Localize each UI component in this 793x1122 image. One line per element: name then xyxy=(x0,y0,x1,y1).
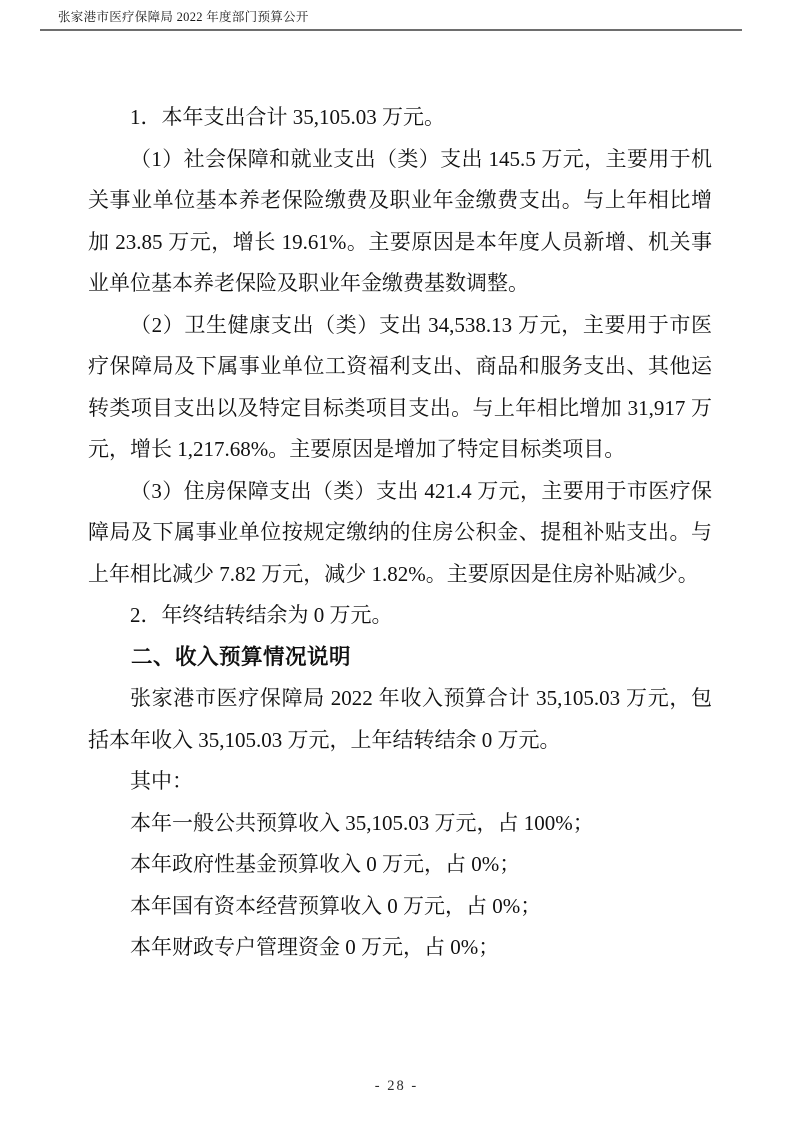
paragraph-year-end-balance: 2．年终结转结余为 0 万元。 xyxy=(88,595,712,637)
document-page: 张家港市医疗保障局 2022 年度部门预算公开 1．本年支出合计 35,105.… xyxy=(0,0,793,1122)
running-header-title: 张家港市医疗保障局 2022 年度部门预算公开 xyxy=(58,7,309,25)
page-header: 张家港市医疗保障局 2022 年度部门预算公开 xyxy=(40,7,742,31)
paragraph-breakdown-label: 其中： xyxy=(88,761,712,803)
paragraph-income-total: 张家港市医疗保障局 2022 年收入预算合计 35,105.03 万元，包括本年… xyxy=(88,678,712,761)
paragraph-health-expense: （2）卫生健康支出（类）支出 34,538.13 万元，主要用于市医疗保障局及下… xyxy=(88,305,712,471)
paragraph-housing-expense: （3）住房保障支出（类）支出 421.4 万元，主要用于市医疗保障局及下属事业单… xyxy=(88,471,712,596)
page-footer: - 28 - xyxy=(0,1078,793,1095)
section-heading-income-budget: 二、收入预算情况说明 xyxy=(88,637,712,679)
paragraph-expense-total: 1．本年支出合计 35,105.03 万元。 xyxy=(88,97,712,139)
paragraph-state-capital-income: 本年国有资本经营预算收入 0 万元，占 0%； xyxy=(88,886,712,928)
page-number: - 28 - xyxy=(375,1078,418,1094)
paragraph-fiscal-special-account-funds: 本年财政专户管理资金 0 万元，占 0%； xyxy=(88,927,712,969)
document-body: 1．本年支出合计 35,105.03 万元。 （1）社会保障和就业支出（类）支出… xyxy=(88,97,712,969)
paragraph-general-public-budget-income: 本年一般公共预算收入 35,105.03 万元，占 100%； xyxy=(88,803,712,845)
paragraph-government-fund-income: 本年政府性基金预算收入 0 万元，占 0%； xyxy=(88,844,712,886)
paragraph-social-security-expense: （1）社会保障和就业支出（类）支出 145.5 万元，主要用于机关事业单位基本养… xyxy=(88,139,712,305)
